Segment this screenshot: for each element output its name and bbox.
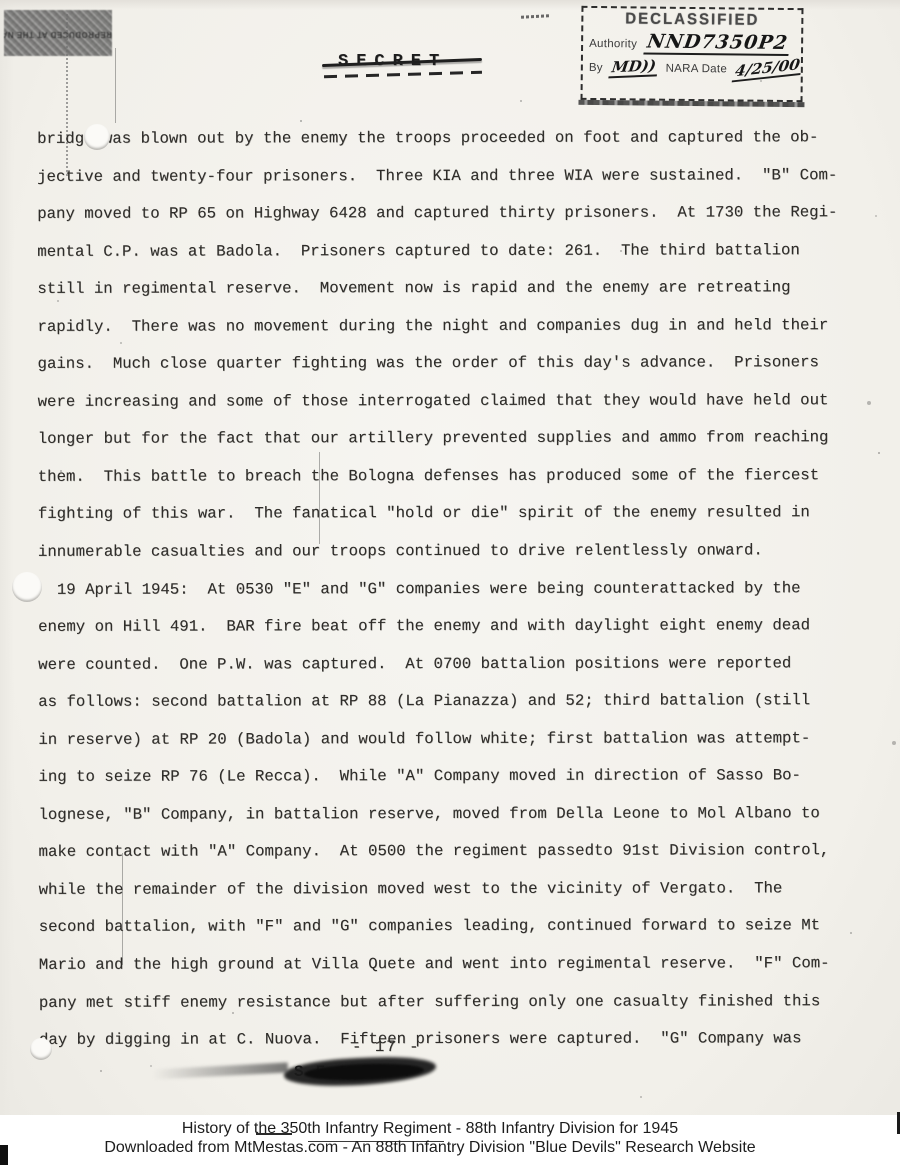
- body-line: while the remainder of the division move…: [39, 870, 863, 909]
- body-line: fighting of this war. The fanatical "hol…: [38, 495, 862, 534]
- scan-corner-mark: [0, 1145, 8, 1165]
- scan-noise-speckles: [0, 0, 2, 2]
- body-line: second battalion, with "F" and "G" compa…: [39, 908, 863, 947]
- footer-title: History of the 350th Infantry Regiment -…: [0, 1120, 880, 1138]
- dashed-underline: [324, 71, 482, 78]
- footer-source: Downloaded from MtMestas.com - An 88th I…: [0, 1139, 880, 1157]
- body-line: longer but for the fact that our artille…: [38, 420, 862, 459]
- body-line: innumerable casualties and our troops co…: [38, 532, 862, 571]
- body-line: bridge was blown out by the enemy the tr…: [37, 119, 861, 158]
- body-line: Mario and the high ground at Villa Quete…: [39, 945, 863, 984]
- nara-date-label: NARA Date: [666, 63, 728, 76]
- body-line: were increasing and some of those interr…: [38, 382, 862, 421]
- declassified-title: DECLASSIFIED: [589, 9, 795, 29]
- body-line: in reserve) at RP 20 (Badola) and would …: [38, 720, 862, 759]
- body-line: as follows: second battalion at RP 88 (L…: [38, 682, 862, 721]
- by-handwritten-initials: MD)): [609, 56, 660, 78]
- authority-row: Authority NND7350P2: [589, 30, 795, 56]
- body-line: still in regimental reserve. Movement no…: [37, 269, 861, 308]
- ink-smear-tail: [152, 1062, 288, 1079]
- body-line: ing to seize RP 76 (Le Recca). While "A"…: [38, 757, 862, 796]
- declassified-stamp: DECLASSIFIED Authority NND7350P2 By MD))…: [581, 6, 804, 102]
- body-line: mental C.P. was at Badola. Prisoners cap…: [37, 232, 861, 271]
- nara-date-row: By MD)) NARA Date 4/25/00: [589, 57, 795, 79]
- body-line: enemy on Hill 491. BAR fire beat off the…: [38, 607, 862, 646]
- scanned-document-page: REPRODUCED AT THE NATIONAL ARCHIVES SECR…: [0, 0, 900, 1165]
- side-stamp-text: REPRODUCED AT THE NATIONAL ARCHIVES: [4, 12, 112, 56]
- paper-blemish: [12, 572, 42, 602]
- scan-dash-mark: [521, 14, 549, 18]
- secret-stamp-scribbled-out: SECRET: [270, 1055, 460, 1095]
- authority-handwritten-value: NND7350P2: [643, 31, 791, 56]
- body-line: were counted. One P.W. was captured. At …: [38, 645, 862, 684]
- body-line: jective and twenty-four prisoners. Three…: [37, 157, 861, 196]
- body-line: rapidly. There was no movement during th…: [37, 307, 861, 346]
- body-line: pany moved to RP 65 on Highway 6428 and …: [37, 194, 861, 233]
- secret-stamp-crossed-out: SECRET: [338, 52, 468, 78]
- footer-caption-band: History of the 350th Infantry Regiment -…: [0, 1115, 900, 1165]
- body-line: them. This battle to breach the Bologna …: [38, 457, 862, 496]
- body-line: make contact with "A" Company. At 0500 t…: [39, 833, 863, 872]
- authority-label: Authority: [589, 38, 637, 51]
- date-handwritten-value: 4/25/00: [731, 55, 802, 82]
- page-number: - 17 -: [352, 1038, 420, 1056]
- paper-blemish: [30, 1038, 52, 1060]
- body-line: pany met stiff enemy resistance but afte…: [39, 983, 863, 1022]
- body-line: 19 April 1945: At 0530 "E" and "G" compa…: [38, 570, 862, 609]
- paper-blemish: [84, 124, 110, 150]
- reproduced-at-national-archives-stamp: REPRODUCED AT THE NATIONAL ARCHIVES: [4, 10, 112, 56]
- document-body: bridge was blown out by the enemy the tr…: [37, 119, 863, 1059]
- body-line: gains. Much close quarter fighting was t…: [37, 344, 861, 383]
- by-label: By: [589, 62, 603, 74]
- body-line: lognese, "B" Company, in battalion reser…: [38, 795, 862, 834]
- scan-artifact-line: [115, 48, 116, 123]
- body-line: day by digging in at C. Nuova. Fifteen p…: [39, 1020, 863, 1059]
